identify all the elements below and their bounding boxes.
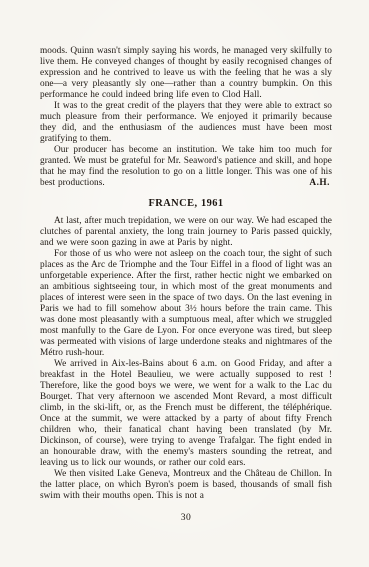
paragraph-text: Our producer has become an institution. … (40, 145, 332, 188)
paragraph: moods. Quinn wasn't simply saying his wo… (40, 46, 332, 101)
paragraph: We arrived in Aix-les-Bains about 6 a.m.… (40, 359, 332, 469)
paragraph: At last, after much trepidation, we were… (40, 216, 332, 249)
page-text-column: moods. Quinn wasn't simply saying his wo… (40, 46, 332, 523)
paragraph: For those of us who were not asleep on t… (40, 249, 332, 359)
section-heading: FRANCE, 1961 (40, 198, 332, 209)
paragraph: Our producer has become an institution. … (40, 145, 332, 189)
paragraph: It was to the great credit of the player… (40, 101, 332, 145)
book-page: moods. Quinn wasn't simply saying his wo… (0, 0, 369, 567)
author-initials: A.H. (295, 178, 330, 189)
page-number: 30 (40, 512, 332, 523)
paragraph: We then visited Lake Geneva, Montreux an… (40, 469, 332, 502)
